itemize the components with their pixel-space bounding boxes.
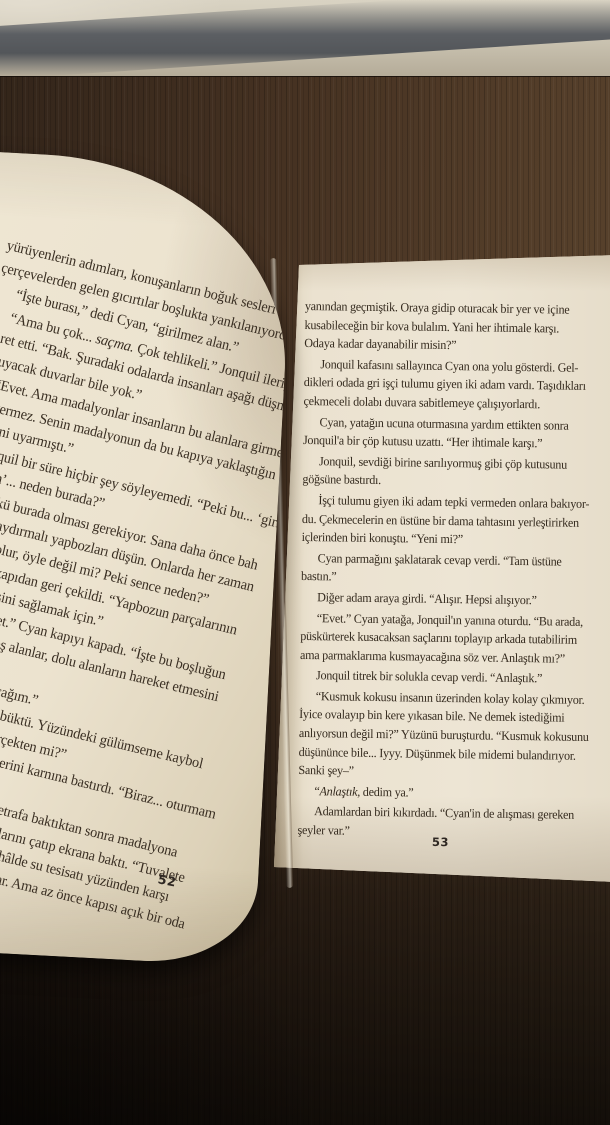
text-line: Odaya kadar dayanabilir misin?” xyxy=(304,334,592,357)
text-segment: Jonquil kafasını sallayınca Cyan ona yol… xyxy=(320,357,578,375)
left-page: yürüyenlerin adımları, konuşanların boğu… xyxy=(0,146,295,967)
text-segment: düşününce bile... Iyyy. Düşünmek bile mi… xyxy=(299,745,576,763)
text-segment: du. Çekmecelerin en üstüne bir dama taht… xyxy=(302,512,579,530)
right-page: yanından geçmiştik. Oraya gidip oturacak… xyxy=(272,253,610,885)
text-segment: Cyan, yatağın ucuna oturmasına yardım et… xyxy=(319,415,568,432)
text-segment: Diğer adam araya girdi. “Alışır. Hepsi a… xyxy=(317,590,537,607)
page-53-text: yanından geçmiştik. Oraya gidip oturacak… xyxy=(297,297,593,844)
text-segment: dedim ya.” xyxy=(360,785,414,800)
text-segment: Jonquil'a bir çöp kutusu uzattı. “Her ih… xyxy=(303,433,543,450)
text-segment: püskürterek kusacaksan saçlarını toplayı… xyxy=(300,629,577,647)
text-line: Diğer adam araya girdi. “Alışır. Hepsi a… xyxy=(301,588,589,611)
text-segment: İyice ovalayıp bin kere yıkasan bile. Ne… xyxy=(299,707,564,725)
text-line: Jonquil'a bir çöp kutusu uzattı. “Her ih… xyxy=(303,431,591,454)
page-number-53: 53 xyxy=(432,835,449,849)
text-line: göğsüne bastırdı. xyxy=(302,470,590,493)
text-segment: bastın.” xyxy=(301,569,337,583)
text-segment: Cyan parmağını şaklatarak cevap verdi. “… xyxy=(318,551,562,568)
text-line: “Anlaştık, dedim ya.” xyxy=(298,782,586,805)
text-segment: Sanki şey–” xyxy=(298,763,354,778)
text-segment: anlıyorsun değil mi?” Yüzünü buruşturdu.… xyxy=(299,726,589,744)
text-segment: dikleri odada gri işçi tulumu giyen iki … xyxy=(304,375,586,393)
text-line: Jonquil titrek bir solukla cevap verdi. … xyxy=(300,666,588,689)
page-52-text: yürüyenlerin adımları, konuşanların boğu… xyxy=(0,235,295,956)
text-segment: Jonquil, sevdiği birine sarılıyormuş gib… xyxy=(319,454,567,471)
text-segment: çekmeceli dolabı duvara sabitlemeye çalı… xyxy=(303,394,540,411)
text-segment: göğsüne bastırdı. xyxy=(302,472,381,487)
text-segment: yanından geçmiştik. Oraya gidip oturacak… xyxy=(305,299,570,317)
text-segment: Odaya kadar dayanabilir misin?” xyxy=(304,336,456,352)
text-segment: Jonquil titrek bir solukla cevap verdi. … xyxy=(316,668,542,685)
text-segment: “Kusmuk kokusu insanın üzerinden kolay k… xyxy=(316,689,585,707)
text-line: içlerinden biri konuştu. “Yeni mi?” xyxy=(302,528,590,551)
text-segment: kusabileceğin bir kova bulalım. Yani her… xyxy=(305,318,560,336)
text-segment: ama parmaklarıma kusmayacağına söz ver. … xyxy=(300,648,565,666)
text-segment: Adamlardan biri kıkırdadı. “Cyan'in de a… xyxy=(314,805,574,823)
text-segment: içlerinden biri konuştu. “Yeni mi?” xyxy=(302,530,463,546)
italic-text: Anlaştık, xyxy=(319,784,360,799)
text-segment: şeyler var.” xyxy=(297,823,349,838)
text-segment: “Evet.” Cyan yatağa, Jonquil'ın yanına o… xyxy=(317,611,583,629)
book-photo: yanından geçmiştik. Oraya gidip oturacak… xyxy=(0,0,610,1125)
text-line: ama parmaklarıma kusmayacağına söz ver. … xyxy=(300,646,588,669)
page-number-52: 52 xyxy=(157,871,178,889)
text-line: bastın.” xyxy=(301,567,589,590)
text-segment: İşçi tulumu giyen iki adam tepki vermede… xyxy=(318,493,589,511)
text-line: Sanki şey–” xyxy=(298,761,586,784)
